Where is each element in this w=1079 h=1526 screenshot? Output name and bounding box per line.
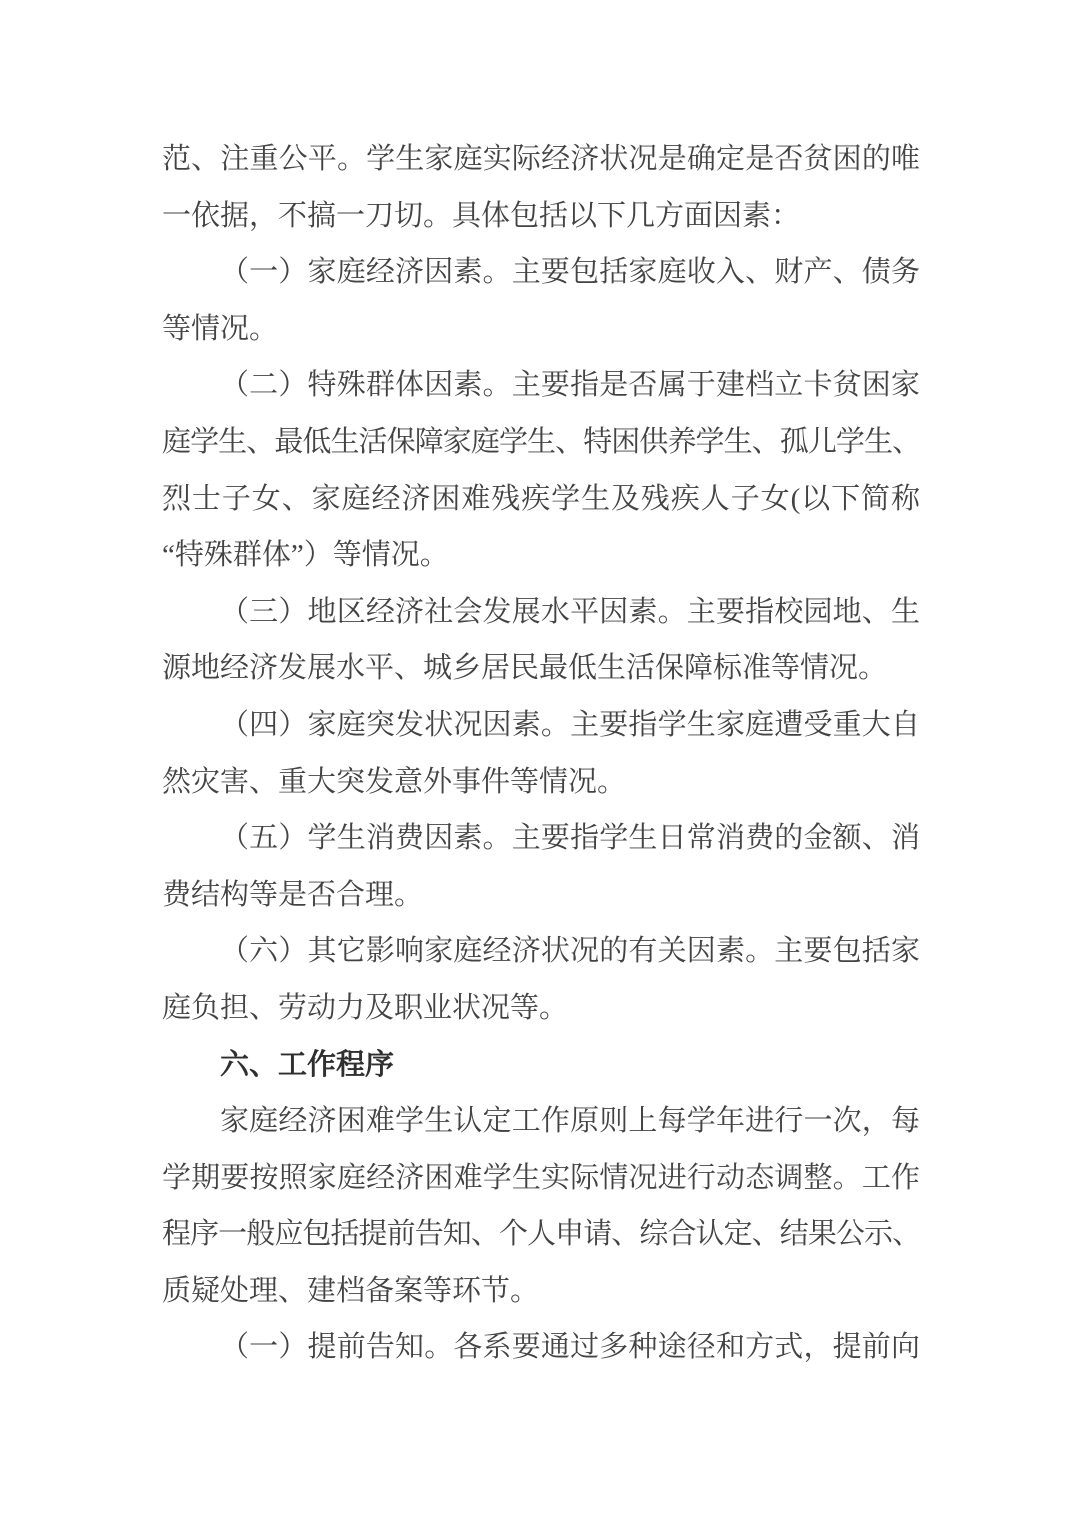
text-line: 庭学生、最低生活保障家庭学生、特困供养学生、孤儿学生、 <box>162 414 920 471</box>
text-line: （二）特殊群体因素。主要指是否属于建档立卡贫困家 <box>162 357 920 414</box>
document-text-block: 范、注重公平。学生家庭实际经济状况是确定是否贫困的唯 一依据，不搞一刀切。具体包… <box>162 131 920 1376</box>
section-heading: 六、工作程序 <box>162 1037 920 1094</box>
text-line: 费结构等是否合理。 <box>162 867 920 924</box>
text-line: （五）学生消费因素。主要指学生日常消费的金额、消 <box>162 810 920 867</box>
text-line: 质疑处理、建档备案等环节。 <box>162 1263 920 1320</box>
text-line: “特殊群体”）等情况。 <box>162 527 920 584</box>
text-line: 然灾害、重大突发意外事件等情况。 <box>162 754 920 811</box>
text-line: （三）地区经济社会发展水平因素。主要指校园地、生 <box>162 584 920 641</box>
text-line: （一）家庭经济因素。主要包括家庭收入、财产、债务 <box>162 244 920 301</box>
text-line: （四）家庭突发状况因素。主要指学生家庭遭受重大自 <box>162 697 920 754</box>
text-line: 程序一般应包括提前告知、个人申请、综合认定、结果公示、 <box>162 1206 920 1263</box>
document-page: 范、注重公平。学生家庭实际经济状况是确定是否贫困的唯 一依据，不搞一刀切。具体包… <box>0 0 1079 1526</box>
text-line: 范、注重公平。学生家庭实际经济状况是确定是否贫困的唯 <box>162 131 920 188</box>
text-line: （六）其它影响家庭经济状况的有关因素。主要包括家 <box>162 923 920 980</box>
text-line: 学期要按照家庭经济困难学生实际情况进行动态调整。工作 <box>162 1150 920 1207</box>
text-line: 家庭经济困难学生认定工作原则上每学年进行一次，每 <box>162 1093 920 1150</box>
text-line: 源地经济发展水平、城乡居民最低生活保障标准等情况。 <box>162 640 920 697</box>
text-line: （一）提前告知。各系要通过多种途径和方式，提前向 <box>162 1319 920 1376</box>
text-line: 一依据，不搞一刀切。具体包括以下几方面因素： <box>162 188 920 245</box>
text-line: 等情况。 <box>162 301 920 358</box>
text-line: 庭负担、劳动力及职业状况等。 <box>162 980 920 1037</box>
text-line: 烈士子女、家庭经济困难残疾学生及残疾人子女(以下简称 <box>162 471 920 528</box>
